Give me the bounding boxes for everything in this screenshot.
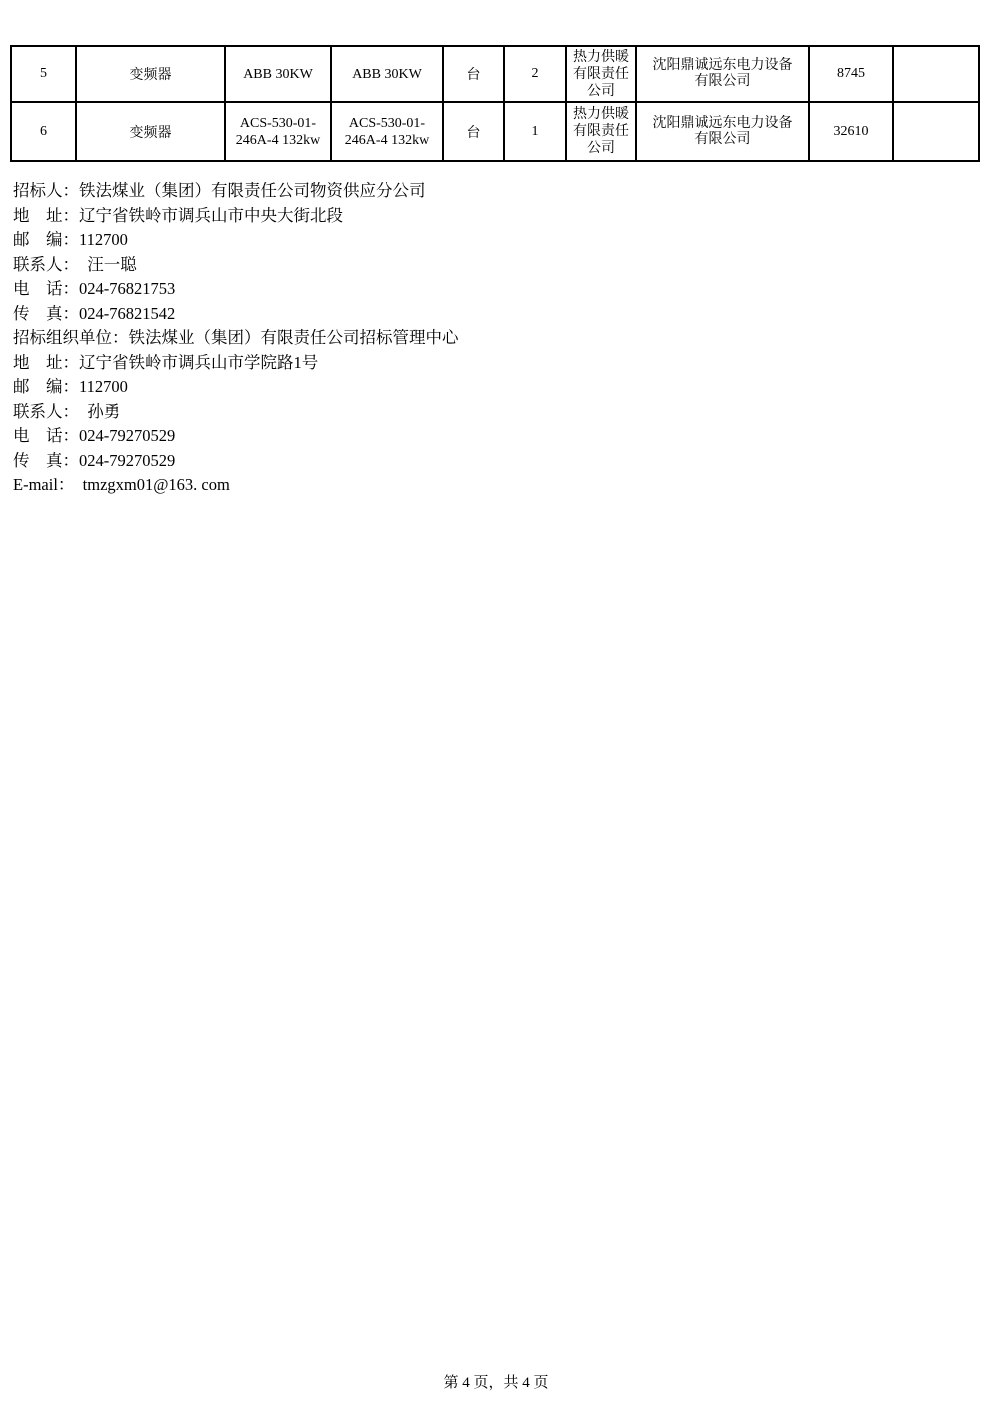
cell-remark [893, 46, 979, 102]
cell-spec-awarded: ACS-530-01- 246A-4 132kw [331, 102, 443, 161]
info-line-org-unit: 招标组织单位：铁法煤业（集团）有限责任公司招标管理中心 [13, 326, 973, 351]
info-line-bidder-address: 地 址：辽宁省铁岭市调兵山市中央大街北段 [13, 204, 973, 229]
info-line-email: E-mail： tmzgxm01@163. com [13, 473, 973, 498]
info-line-org-fax: 传 真：024-79270529 [13, 449, 973, 474]
page-number-footer: 第 4 页，共 4 页 [0, 1371, 992, 1392]
info-line-bidder-contact: 联系人： 汪一聪 [13, 253, 973, 278]
bid-items-table: 5 变频器 ABB 30KW ABB 30KW 台 2 热力供暖 有限责任 公司… [10, 45, 980, 162]
cell-item-name: 变频器 [76, 102, 225, 161]
cell-user-company: 热力供暖 有限责任 公司 [566, 46, 636, 102]
cell-unit: 台 [443, 102, 504, 161]
cell-spec-tender: ACS-530-01- 246A-4 132kw [225, 102, 331, 161]
info-line-org-address: 地 址：辽宁省铁岭市调兵山市学院路1号 [13, 351, 973, 376]
cell-spec-tender: ABB 30KW [225, 46, 331, 102]
info-line-org-postcode: 邮 编：112700 [13, 375, 973, 400]
cell-seq: 5 [11, 46, 76, 102]
info-line-bidder-postcode: 邮 编：112700 [13, 228, 973, 253]
cell-price: 8745 [809, 46, 893, 102]
cell-winning-supplier: 沈阳鼎诚远东电力设备 有限公司 [636, 102, 809, 161]
cell-quantity: 2 [504, 46, 566, 102]
cell-price: 32610 [809, 102, 893, 161]
cell-user-company: 热力供暖 有限责任 公司 [566, 102, 636, 161]
cell-item-name: 变频器 [76, 46, 225, 102]
contact-info-block: 招标人：铁法煤业（集团）有限责任公司物资供应分公司 地 址：辽宁省铁岭市调兵山市… [13, 179, 973, 498]
document-page: 5 变频器 ABB 30KW ABB 30KW 台 2 热力供暖 有限责任 公司… [0, 0, 992, 1403]
info-line-org-phone: 电 话：024-79270529 [13, 424, 973, 449]
cell-seq: 6 [11, 102, 76, 161]
cell-remark [893, 102, 979, 161]
info-line-org-contact: 联系人： 孙勇 [13, 400, 973, 425]
table-row: 5 变频器 ABB 30KW ABB 30KW 台 2 热力供暖 有限责任 公司… [11, 46, 979, 102]
cell-quantity: 1 [504, 102, 566, 161]
cell-spec-awarded: ABB 30KW [331, 46, 443, 102]
info-line-bidder: 招标人：铁法煤业（集团）有限责任公司物资供应分公司 [13, 179, 973, 204]
info-line-bidder-fax: 传 真：024-76821542 [13, 302, 973, 327]
table-row: 6 变频器 ACS-530-01- 246A-4 132kw ACS-530-0… [11, 102, 979, 161]
cell-winning-supplier: 沈阳鼎诚远东电力设备 有限公司 [636, 46, 809, 102]
info-line-bidder-phone: 电 话：024-76821753 [13, 277, 973, 302]
cell-unit: 台 [443, 46, 504, 102]
